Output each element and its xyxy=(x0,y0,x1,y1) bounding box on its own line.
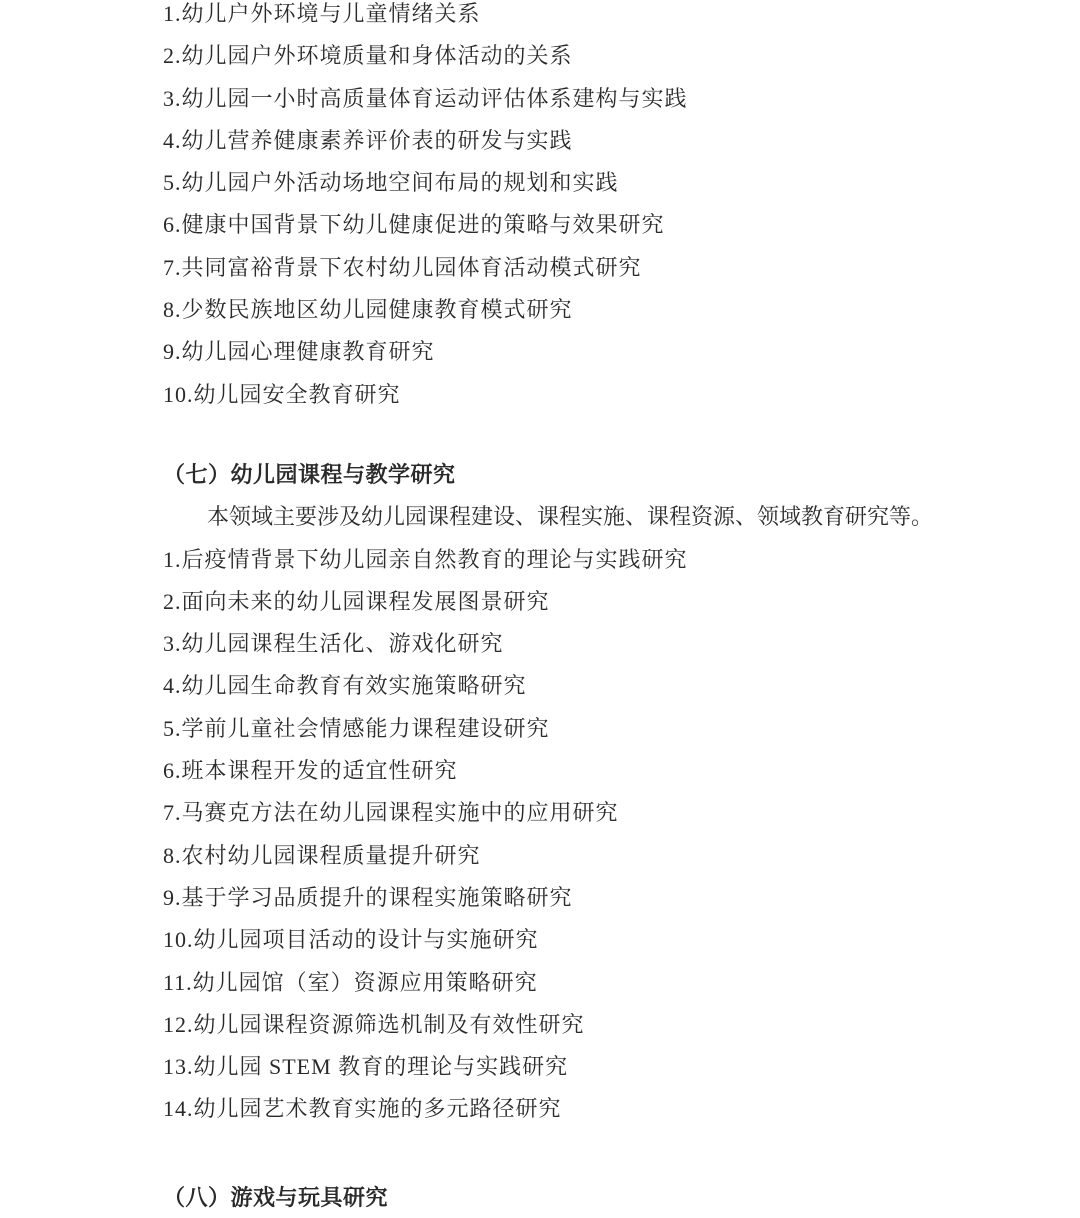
section-seven-intro: 本领域主要涉及幼儿园课程建设、课程实施、课程资源、领域教育研究等。 xyxy=(163,496,980,538)
section-heading-seven: （七）幼儿园课程与教学研究 xyxy=(163,454,980,496)
section-heading-eight: （八）游戏与玩具研究 xyxy=(163,1177,980,1218)
list-item: 13.幼儿园 STEM 教育的理论与实践研究 xyxy=(163,1046,980,1088)
list-item: 3.幼儿园一小时高质量体育运动评估体系建构与实践 xyxy=(163,78,980,120)
list-item: 10.幼儿园项目活动的设计与实施研究 xyxy=(163,919,980,961)
document-page: 1.幼儿户外环境与儿童情绪关系 2.幼儿园户外环境质量和身体活动的关系 3.幼儿… xyxy=(0,0,1080,1218)
list-item: 3.幼儿园课程生活化、游戏化研究 xyxy=(163,623,980,665)
list-item: 10.幼儿园安全教育研究 xyxy=(163,374,980,416)
topic-list-curriculum: 1.后疫情背景下幼儿园亲自然教育的理论与实践研究 2.面向未来的幼儿园课程发展图… xyxy=(163,539,980,1131)
list-item: 14.幼儿园艺术教育实施的多元路径研究 xyxy=(163,1088,980,1130)
list-item: 5.幼儿园户外活动场地空间布局的规划和实践 xyxy=(163,162,980,204)
topic-list-health: 1.幼儿户外环境与儿童情绪关系 2.幼儿园户外环境质量和身体活动的关系 3.幼儿… xyxy=(163,0,980,416)
list-item: 11.幼儿园馆（室）资源应用策略研究 xyxy=(163,962,980,1004)
list-item: 5.学前儿童社会情感能力课程建设研究 xyxy=(163,708,980,750)
list-item: 9.幼儿园心理健康教育研究 xyxy=(163,331,980,373)
list-item: 7.共同富裕背景下农村幼儿园体育活动模式研究 xyxy=(163,247,980,289)
list-item: 1.后疫情背景下幼儿园亲自然教育的理论与实践研究 xyxy=(163,539,980,581)
list-item: 4.幼儿营养健康素养评价表的研发与实践 xyxy=(163,120,980,162)
list-item: 2.幼儿园户外环境质量和身体活动的关系 xyxy=(163,35,980,77)
list-item: 9.基于学习品质提升的课程实施策略研究 xyxy=(163,877,980,919)
list-item: 12.幼儿园课程资源筛选机制及有效性研究 xyxy=(163,1004,980,1046)
list-item: 8.农村幼儿园课程质量提升研究 xyxy=(163,835,980,877)
list-item: 2.面向未来的幼儿园课程发展图景研究 xyxy=(163,581,980,623)
list-item: 7.马赛克方法在幼儿园课程实施中的应用研究 xyxy=(163,792,980,834)
list-item: 6.健康中国背景下幼儿健康促进的策略与效果研究 xyxy=(163,204,980,246)
list-item: 4.幼儿园生命教育有效实施策略研究 xyxy=(163,665,980,707)
list-item: 6.班本课程开发的适宜性研究 xyxy=(163,750,980,792)
list-item: 1.幼儿户外环境与儿童情绪关系 xyxy=(163,0,980,35)
list-item: 8.少数民族地区幼儿园健康教育模式研究 xyxy=(163,289,980,331)
